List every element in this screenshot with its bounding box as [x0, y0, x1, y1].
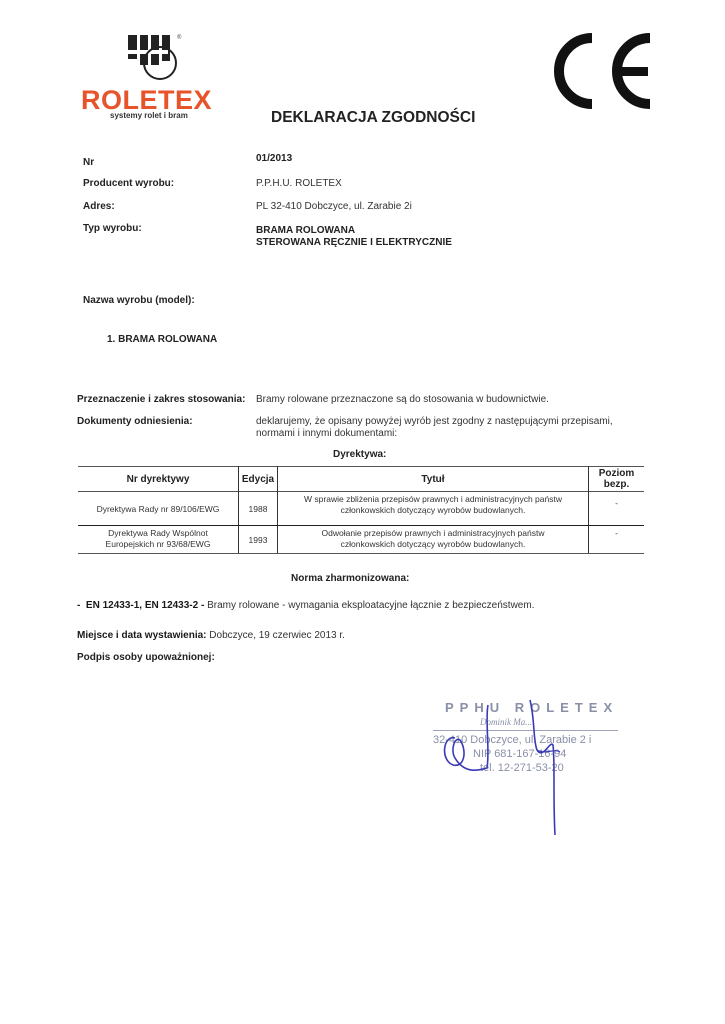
directive-table: Nr dyrektywy Edycja Tytuł Poziom bezp. D… [78, 466, 644, 554]
norm-line: - EN 12433-1, EN 12433-2 - Bramy rolowan… [77, 600, 534, 611]
norm-description: Bramy rolowane - wymagania eksploatacyjn… [207, 600, 534, 611]
roletex-emblem-icon: ® [78, 30, 238, 86]
issue-value: Dobczyce, 19 czerwiec 2013 r. [209, 630, 345, 641]
norm-bullet: - [77, 600, 80, 611]
type-label: Typ wyrobu: [83, 223, 142, 234]
purpose-value: Bramy rolowane przeznaczone są do stosow… [256, 394, 549, 405]
docs-value: deklarujemy, że opisany powyżej wyrób je… [256, 416, 613, 440]
producer-label: Producent wyrobu: [83, 178, 174, 189]
directive-caption: Dyrektywa: [333, 449, 386, 460]
producer-value: P.P.H.U. ROLETEX [256, 178, 342, 189]
address-label: Adres: [83, 201, 115, 212]
document-title: DEKLARACJA ZGODNOŚCI [271, 109, 475, 127]
cell-edition: 1993 [239, 526, 278, 554]
svg-text:®: ® [177, 34, 182, 41]
cell-title: Odwołanie przepisów prawnych i administr… [278, 526, 589, 554]
type-value: BRAMA ROLOWANA STEROWANA RĘCZNIE I ELEKT… [256, 225, 452, 249]
header-level-line2: bezp. [591, 479, 642, 490]
cell-nr: Dyrektywa Rady nr 89/106/EWG [78, 492, 239, 526]
company-stamp: PPHU ROLETEX Dominik Ma... 32-410 Dobczy… [425, 690, 625, 840]
cell-level: - [589, 492, 645, 526]
table-header-row: Nr dyrektywy Edycja Tytuł Poziom bezp. [78, 467, 644, 492]
norm-heading: Norma zharmonizowana: [291, 573, 409, 584]
model-label: Nazwa wyrobu (model): [83, 295, 195, 306]
docs-label: Dokumenty odniesienia: [77, 416, 193, 427]
nr-label: Nr [83, 157, 94, 168]
signature-label: Podpis osoby upoważnionej: [77, 652, 215, 663]
header-level-line1: Poziom [591, 468, 642, 479]
docs-value-line1: deklarujemy, że opisany powyżej wyrób je… [256, 416, 613, 428]
cell-level: - [589, 526, 645, 554]
cell-title: W sprawie zbliżenia przepisów prawnych i… [278, 492, 589, 526]
nr-value: 01/2013 [256, 153, 292, 165]
issue-label: Miejsce i data wystawienia: [77, 630, 207, 641]
logo-tagline: systemy rolet i bram [110, 111, 188, 120]
cell-nr: Dyrektywa Rady Wspólnot Europejskich nr … [78, 526, 239, 554]
ce-mark-icon [550, 32, 660, 110]
cell-edition: 1988 [239, 492, 278, 526]
docs-value-line2: normami i innymi dokumentami: [256, 428, 613, 440]
type-value-line1: BRAMA ROLOWANA [256, 225, 452, 237]
header-nr: Nr dyrektywy [78, 467, 239, 492]
table-row: Dyrektywa Rady Wspólnot Europejskich nr … [78, 526, 644, 554]
type-value-line2: STEROWANA RĘCZNIE I ELEKTRYCZNIE [256, 237, 452, 249]
issue-line: Miejsce i data wystawienia: Dobczyce, 19… [77, 630, 345, 641]
roletex-logo: ® ROLETEX systemy rolet i bram [78, 30, 238, 125]
table-row: Dyrektywa Rady nr 89/106/EWG 1988 W spra… [78, 492, 644, 526]
header-edition: Edycja [239, 467, 278, 492]
purpose-label: Przeznaczenie i zakres stosowania: [77, 394, 245, 405]
model-item: 1. BRAMA ROLOWANA [107, 334, 217, 345]
address-value: PL 32-410 Dobczyce, ul. Zarabie 2i [256, 201, 412, 212]
norm-codes: EN 12433-1, EN 12433-2 - [86, 600, 204, 611]
header-level: Poziom bezp. [589, 467, 645, 492]
handwritten-signature-icon [425, 690, 625, 840]
header-title: Tytuł [278, 467, 589, 492]
